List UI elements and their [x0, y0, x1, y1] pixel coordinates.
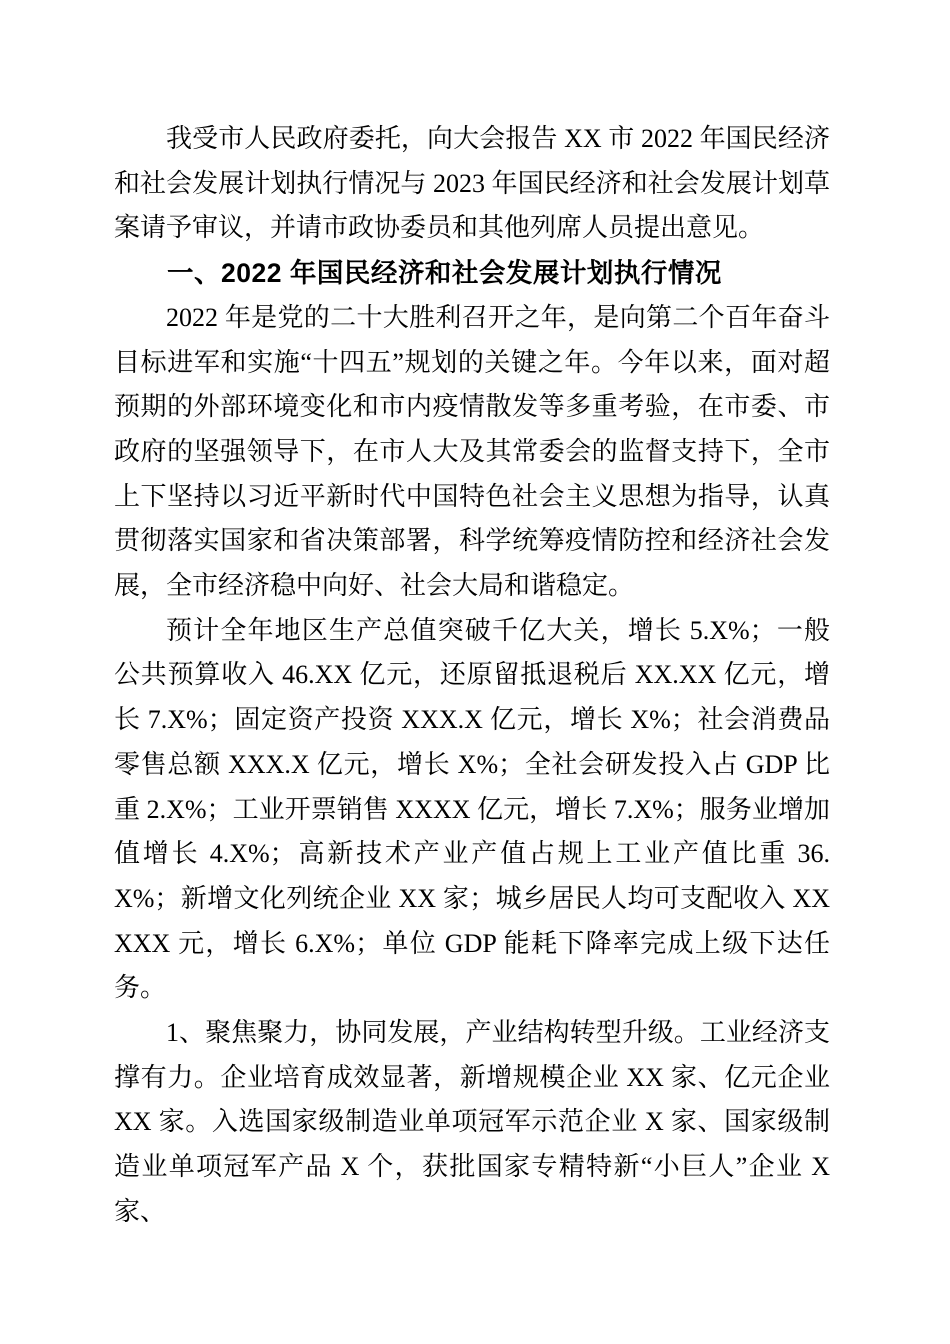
- section-heading-2022-plan-execution: 一、2022 年国民经济和社会发展计划执行情况: [114, 251, 830, 296]
- paragraph-intro: 我受市人民政府委托，向大会报告 XX 市 2022 年国民经济和社会发展计划执行…: [114, 117, 830, 251]
- document-page: 我受市人民政府委托，向大会报告 XX 市 2022 年国民经济和社会发展计划执行…: [0, 0, 950, 1344]
- document-body: 我受市人民政府委托，向大会报告 XX 市 2022 年国民经济和社会发展计划执行…: [114, 117, 830, 1235]
- paragraph-economic-indicators: 预计全年地区生产总值突破千亿大关，增长 5.X%；一般公共预算收入 46.XX …: [114, 609, 830, 1011]
- paragraph-item-1-industry: 1、聚焦聚力，协同发展，产业结构转型升级。工业经济支撑有力。企业培育成效显著，新…: [114, 1011, 830, 1235]
- paragraph-year-overview: 2022 年是党的二十大胜利召开之年，是向第二个百年奋斗目标进军和实施“十四五”…: [114, 296, 830, 609]
